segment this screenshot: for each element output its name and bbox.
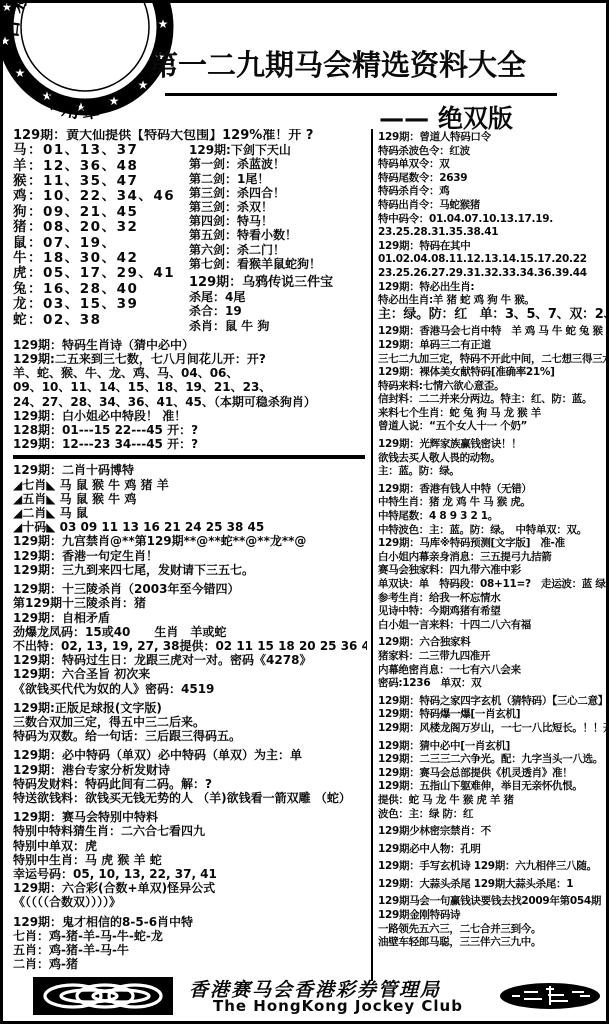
- text-line: 129期：六合独家料: [378, 636, 609, 650]
- text-line: 24、27、28、34、36、41、45、（本期可稳杀狗肖）: [13, 395, 367, 409]
- text-line: 欲钱去买人敬人畏的动物。: [378, 452, 609, 466]
- text-line: 中特波色：主：蓝。防：绿。 中特单双：双。: [378, 524, 609, 538]
- text-line: 白小姐内幕亲身消息：三五提弓九拮箭: [378, 551, 609, 565]
- text-line: 密码:1236 单双：双: [378, 677, 609, 691]
- text-line: 提供：蛇 马 龙 牛 猴 虎 羊 猪: [378, 794, 609, 808]
- text-line: 129期：六合圣旨 初次来: [13, 667, 367, 681]
- text-line: 曾道人说：“五个女人十一 个奶”: [378, 420, 609, 434]
- svg-text:★: ★: [138, 78, 149, 92]
- text-line: 特码尾数令：2639: [378, 172, 609, 186]
- text-line: 129期：必中特码（单双）必中特码（单双）为主：单: [13, 748, 367, 762]
- text-line: 129期必中人物：孔明: [378, 843, 609, 857]
- zodiac-numbers-block: 马：01、13、37羊：12、36、48猴：11、35、47鸡：10、22、34…: [13, 143, 367, 333]
- text-line: 129期：裸体美女献特码[准确率21%]: [378, 366, 609, 380]
- text-line: 129期：马库※特码预测[文字版] 准-准: [378, 537, 609, 551]
- text-line: 特送欲钱料：欲钱买无钱无势的人 （羊)欲钱看一箭双雕 （蛇）: [13, 791, 367, 805]
- column-divider: [371, 129, 373, 981]
- text-line: 主：绿。防：红 单：3、5、7、双：2、8、0: [378, 308, 609, 322]
- text-line: 蛇：02、38: [13, 313, 189, 328]
- text-line: 三数合双加三定，得五中三二后来。: [13, 715, 367, 729]
- text-line: 09、10、11、14、15、18、19、21、23、: [13, 380, 367, 394]
- text-line: 第129期十三陵杀肖：猪: [13, 596, 367, 610]
- text-line: 特别中生肖：马 虎 猴 羊 蛇: [13, 853, 367, 867]
- text-line: 129期：特必出生肖:: [378, 281, 609, 295]
- text-line: 129期：赛马会总部提供《机灵透肖》准！: [378, 767, 609, 781]
- text-line: 狗：09、21、45: [13, 205, 189, 220]
- text-line: 一路领先五六三，二七合并三到今。: [378, 923, 609, 937]
- text-line: 129期：十三陵杀肖（2003年至今错四）: [13, 582, 367, 596]
- text-line: 特必出生肖:羊 猪 蛇 鸡 狗 牛 猴。: [378, 294, 609, 308]
- text-line: 129期:下剑下天山: [189, 143, 367, 157]
- text-line: 波色：主：绿 防：红: [378, 808, 609, 822]
- text-line: 129期：香港马会七肖中特 羊 鸡 马 牛 蛇 兔 猴: [378, 325, 609, 339]
- page-title: 第一二九期马会精选资料大全: [149, 43, 609, 84]
- text-line: 三七二九加三定，特码不开此中间，二七想三得三六。: [378, 353, 609, 367]
- text-line: 主：蓝。防：绿。: [378, 465, 609, 479]
- text-line: 129期：光辉家族赢钱密诀！！: [378, 438, 609, 452]
- text-line: 《欲钱买代代为奴的人》密码：4519: [13, 682, 367, 696]
- text-line: 129期：三九到来四七尾，发财请下三五七。: [13, 563, 367, 577]
- text-line: 《（（（（合数双））））》: [13, 895, 367, 909]
- zodiac-number-list: 马：01、13、37羊：12、36、48猴：11、35、47鸡：10、22、34…: [13, 143, 189, 333]
- text-line: 特码杀波色令：红波: [378, 145, 609, 159]
- left-column: 129期：黄大仙提供【特码大包围】129%准！开 ? 马：01、13、37羊：1…: [13, 129, 367, 981]
- text-line: 鼠：07、19、: [13, 236, 189, 251]
- text-line: 特码出肖令：马蛇猴猪: [378, 199, 609, 213]
- text-line: 129期：白小姐必中特段！ 准！: [13, 409, 367, 423]
- zodiac-poem-section: 129期：特码生肖诗（猜中必中）129期:二五来到三七数，七八月间花儿开：开?羊…: [13, 338, 367, 452]
- text-line: 第七剑：看猴羊鼠蛇狗！: [189, 257, 367, 271]
- text-line: 129期：五指山下躯难伸，举目无亲怀仇恨。: [378, 780, 609, 794]
- text-line: 杀合：19: [189, 304, 367, 318]
- seven-swords-list: 129期:下剑下天山第一剑：杀蓝波！第二剑：1尾！第三剑：杀四合！第三剑：杀双！…: [189, 143, 367, 333]
- text-line: 129期：二三三二六争光。配：九字当头一八选。: [378, 753, 609, 767]
- text-line: 128期：01---15 22---45 开：?: [13, 423, 367, 437]
- lottery-tip-sheet: ★★★ ★★★ ★★★ 合彩透码 专用章 第一二九期马会精选资料大全 —— 绝双…: [0, 0, 609, 1024]
- text-line: 内幕绝密肖息：一七有六八会来: [378, 664, 609, 678]
- text-line: 特码发财料：特码此间有二码。解：?: [13, 777, 367, 791]
- text-line: 第三剑：杀四合！: [189, 186, 367, 200]
- footer: 香港赛马会香港彩券管理局 The HongKong Jockey Club: [3, 975, 606, 1019]
- text-line: 129期：猜中必中[一肖玄机]: [378, 740, 609, 754]
- text-line: 第六剑：杀二门！: [189, 243, 367, 257]
- text-line: 23.25.28.31.35.38.41: [378, 226, 609, 240]
- text-line: 参考生肖：给我一杯忘情水: [378, 592, 609, 606]
- text-line: 129期少林密宗禁肖：不: [378, 825, 609, 839]
- text-line: 七肖：鸡-猪-羊-马-牛-蛇-龙: [13, 929, 367, 943]
- text-line: 五肖：鸡-猪-羊-马-牛: [13, 943, 367, 957]
- text-line: ◢五肖◣ 马 鼠 猴 牛 鸡: [13, 492, 367, 506]
- text-line: 羊：12、36、48: [13, 159, 189, 174]
- text-line: 129期：手写玄机诗 129期：六九相伴三八随。: [378, 860, 609, 874]
- text-line: 129期：九宫禁肖@**第129期**@**蛇**@**龙**@: [13, 534, 367, 548]
- footer-oval-stamp: [498, 981, 602, 1011]
- text-line: 信封料：二二并来分两边。特主：红、防：蓝。: [378, 393, 609, 407]
- thick-divider: [13, 455, 365, 459]
- text-line: 129期：大蒜头杀尾 129期大蒜头杀尾：1: [378, 878, 609, 892]
- text-line: 129期：风楼龙阁万岁山，一七一八比短长。！！开 《？？》: [378, 722, 609, 736]
- text-line: 129期：自相矛盾: [13, 611, 367, 625]
- text-line: 01.02.04.08.11.12.13.14.15.17.20.22: [378, 253, 609, 267]
- svg-text:★: ★: [158, 17, 169, 31]
- svg-text:★: ★: [109, 94, 120, 108]
- text-line: 第一剑：杀蓝波！: [189, 157, 367, 171]
- text-line: 兔：16、28、40: [13, 282, 189, 297]
- svg-text:专用章: 专用章: [40, 88, 105, 124]
- text-line: 129期：赛马会特别中特料: [13, 810, 367, 824]
- text-line: 油壁车轻郎马聪，三三伴六三九中。: [378, 936, 609, 950]
- text-line: 129期:正版足球报(文字版): [13, 701, 367, 715]
- stamp-stars: ★★★ ★★★ ★★★: [0, 0, 168, 114]
- right-column: 129期：曾道人特码口令特码杀波色令：红波特码单双令：双特码尾数令：2639特码…: [378, 131, 609, 981]
- svg-text:合彩透码: 合彩透码: [0, 0, 81, 40]
- text-line: 赛马会独家料：四九带六准中彩: [378, 564, 609, 578]
- text-line: 劲爆龙凤码：15或40 生肖 羊或蛇: [13, 625, 367, 639]
- stamp-arc-top-label: 合彩透码: [0, 0, 81, 40]
- text-line: 129期：12---23 34---45 开：?: [13, 437, 367, 451]
- text-line: 第三剑：杀双！: [189, 200, 367, 214]
- text-line: 龙：03、15、39: [13, 297, 189, 312]
- text-line: 129期金刚特码诗: [378, 909, 609, 923]
- text-line: 中特生肖：猪 龙 鸡 牛 马 猴 虎。: [378, 496, 609, 510]
- text-line: 虎：05、17、29、41: [13, 266, 189, 281]
- text-line: 129期马会一句赢钱诀要钱去找2009年第054期: [378, 895, 609, 909]
- text-line: 特码单双令：双: [378, 158, 609, 172]
- text-line: 猪家料：二三带九四准开: [378, 650, 609, 664]
- text-line: 杀肖：鼠 牛 狗: [189, 319, 367, 333]
- text-line: 129期：港台专家分析发财诗: [13, 763, 367, 777]
- text-line: 129期：乌鸦传说三件宝: [189, 276, 367, 290]
- text-line: ◢二肖◣ 马 鼠: [13, 506, 367, 520]
- text-line: 129期:二五来到三七数，七八月间花儿开：开?: [13, 352, 367, 366]
- text-line: 特别中特料猜生肖：二六合七看四九: [13, 824, 367, 838]
- text-line: 特码来料:七情六欲心意歪。: [378, 380, 609, 394]
- text-line: 23.25.26.27.29.31.32.33.34.36.39.44: [378, 267, 609, 281]
- left-misc-sections: 129期：二肖十码博特◢七肖◣ 马 鼠 猴 牛 鸡 猪 羊◢五肖◣ 马 鼠 猴 …: [13, 463, 367, 971]
- jockey-club-logo: [33, 977, 173, 1015]
- text-line: 第四剑：特马！: [189, 214, 367, 228]
- text-line: 129期：曾道人特码口令: [378, 131, 609, 145]
- text-line: 见诗中特：今期鸡猪有希望: [378, 605, 609, 619]
- text-line: 幸运号码：05, 10, 13, 22, 37, 41: [13, 867, 367, 881]
- text-line: 中特尾数：4 8 9 3 2 1。: [378, 510, 609, 524]
- text-line: 129期：香港有钱人中特（无错）: [378, 483, 609, 497]
- footer-english-label: The HongKong Jockey Club: [213, 997, 463, 1015]
- text-line: 129期：鬼才相信的8-5-6肖中特: [13, 915, 367, 929]
- text-line: 特别中单双：虎: [13, 839, 367, 853]
- text-line: 129期：单码三二有正道: [378, 339, 609, 353]
- text-line: 杀尾：4尾: [189, 290, 367, 304]
- text-line: 129期：特码生肖诗（猜中必中）: [13, 338, 367, 352]
- text-line: ◢十码◣ 03 09 11 13 16 21 24 25 38 45: [13, 520, 367, 534]
- svg-text:★: ★: [15, 66, 26, 80]
- text-line: 129期：香港一句定生肖！: [13, 549, 367, 563]
- text-line: 羊、蛇、猴、牛、龙、鸡、马、04、06、: [13, 366, 367, 380]
- text-line: 129期：六合彩(合数+单双)怪异公式: [13, 881, 367, 895]
- text-line: 白小姐一言来料：十四二八六有福: [378, 619, 609, 633]
- text-line: 猪：08、20、32: [13, 220, 189, 235]
- text-line: 129期：特码在其中: [378, 240, 609, 254]
- text-line: 马：01、13、37: [13, 143, 189, 158]
- text-line: 单双诀：单 特码段：08+11=? 走运波：蓝 绿: [378, 578, 609, 592]
- text-line: 129期：特码之家四字玄机（猜特码）【三心二意】: [378, 695, 609, 709]
- text-line: 二肖：鸡-猪: [13, 957, 367, 971]
- text-line: 特码杀肖令：鸡: [378, 185, 609, 199]
- text-line: 129期：二肖十码博特: [13, 463, 367, 477]
- text-line: 来料七个生肖：蛇 兔 狗 马 龙 猴 羊: [378, 407, 609, 421]
- text-line: 鸡：10、22、34、46: [13, 189, 189, 204]
- stamp-arc-bottom-label: 专用章: [40, 88, 105, 124]
- text-line: 特中码令：01.04.07.10.13.17.19.: [378, 213, 609, 227]
- text-line: 第二剑：1尾！: [189, 172, 367, 186]
- text-line: 特码为双数。给一句话：三后跟三得码五。: [13, 729, 367, 743]
- text-line: ◢七肖◣ 马 鼠 猴 牛 鸡 猪 羊: [13, 478, 367, 492]
- text-line: 不出特：02, 13, 19, 27, 38提供：02 11 15 18 20 …: [13, 639, 367, 653]
- text-line: 129期：特码过生日：龙跟三虎对一对。密码《4278》: [13, 653, 367, 667]
- text-line: 第五剑：特看小数！: [189, 228, 367, 242]
- text-line: 129期：特码爆一爆[一肖玄机]: [378, 708, 609, 722]
- title-underline: [165, 93, 557, 96]
